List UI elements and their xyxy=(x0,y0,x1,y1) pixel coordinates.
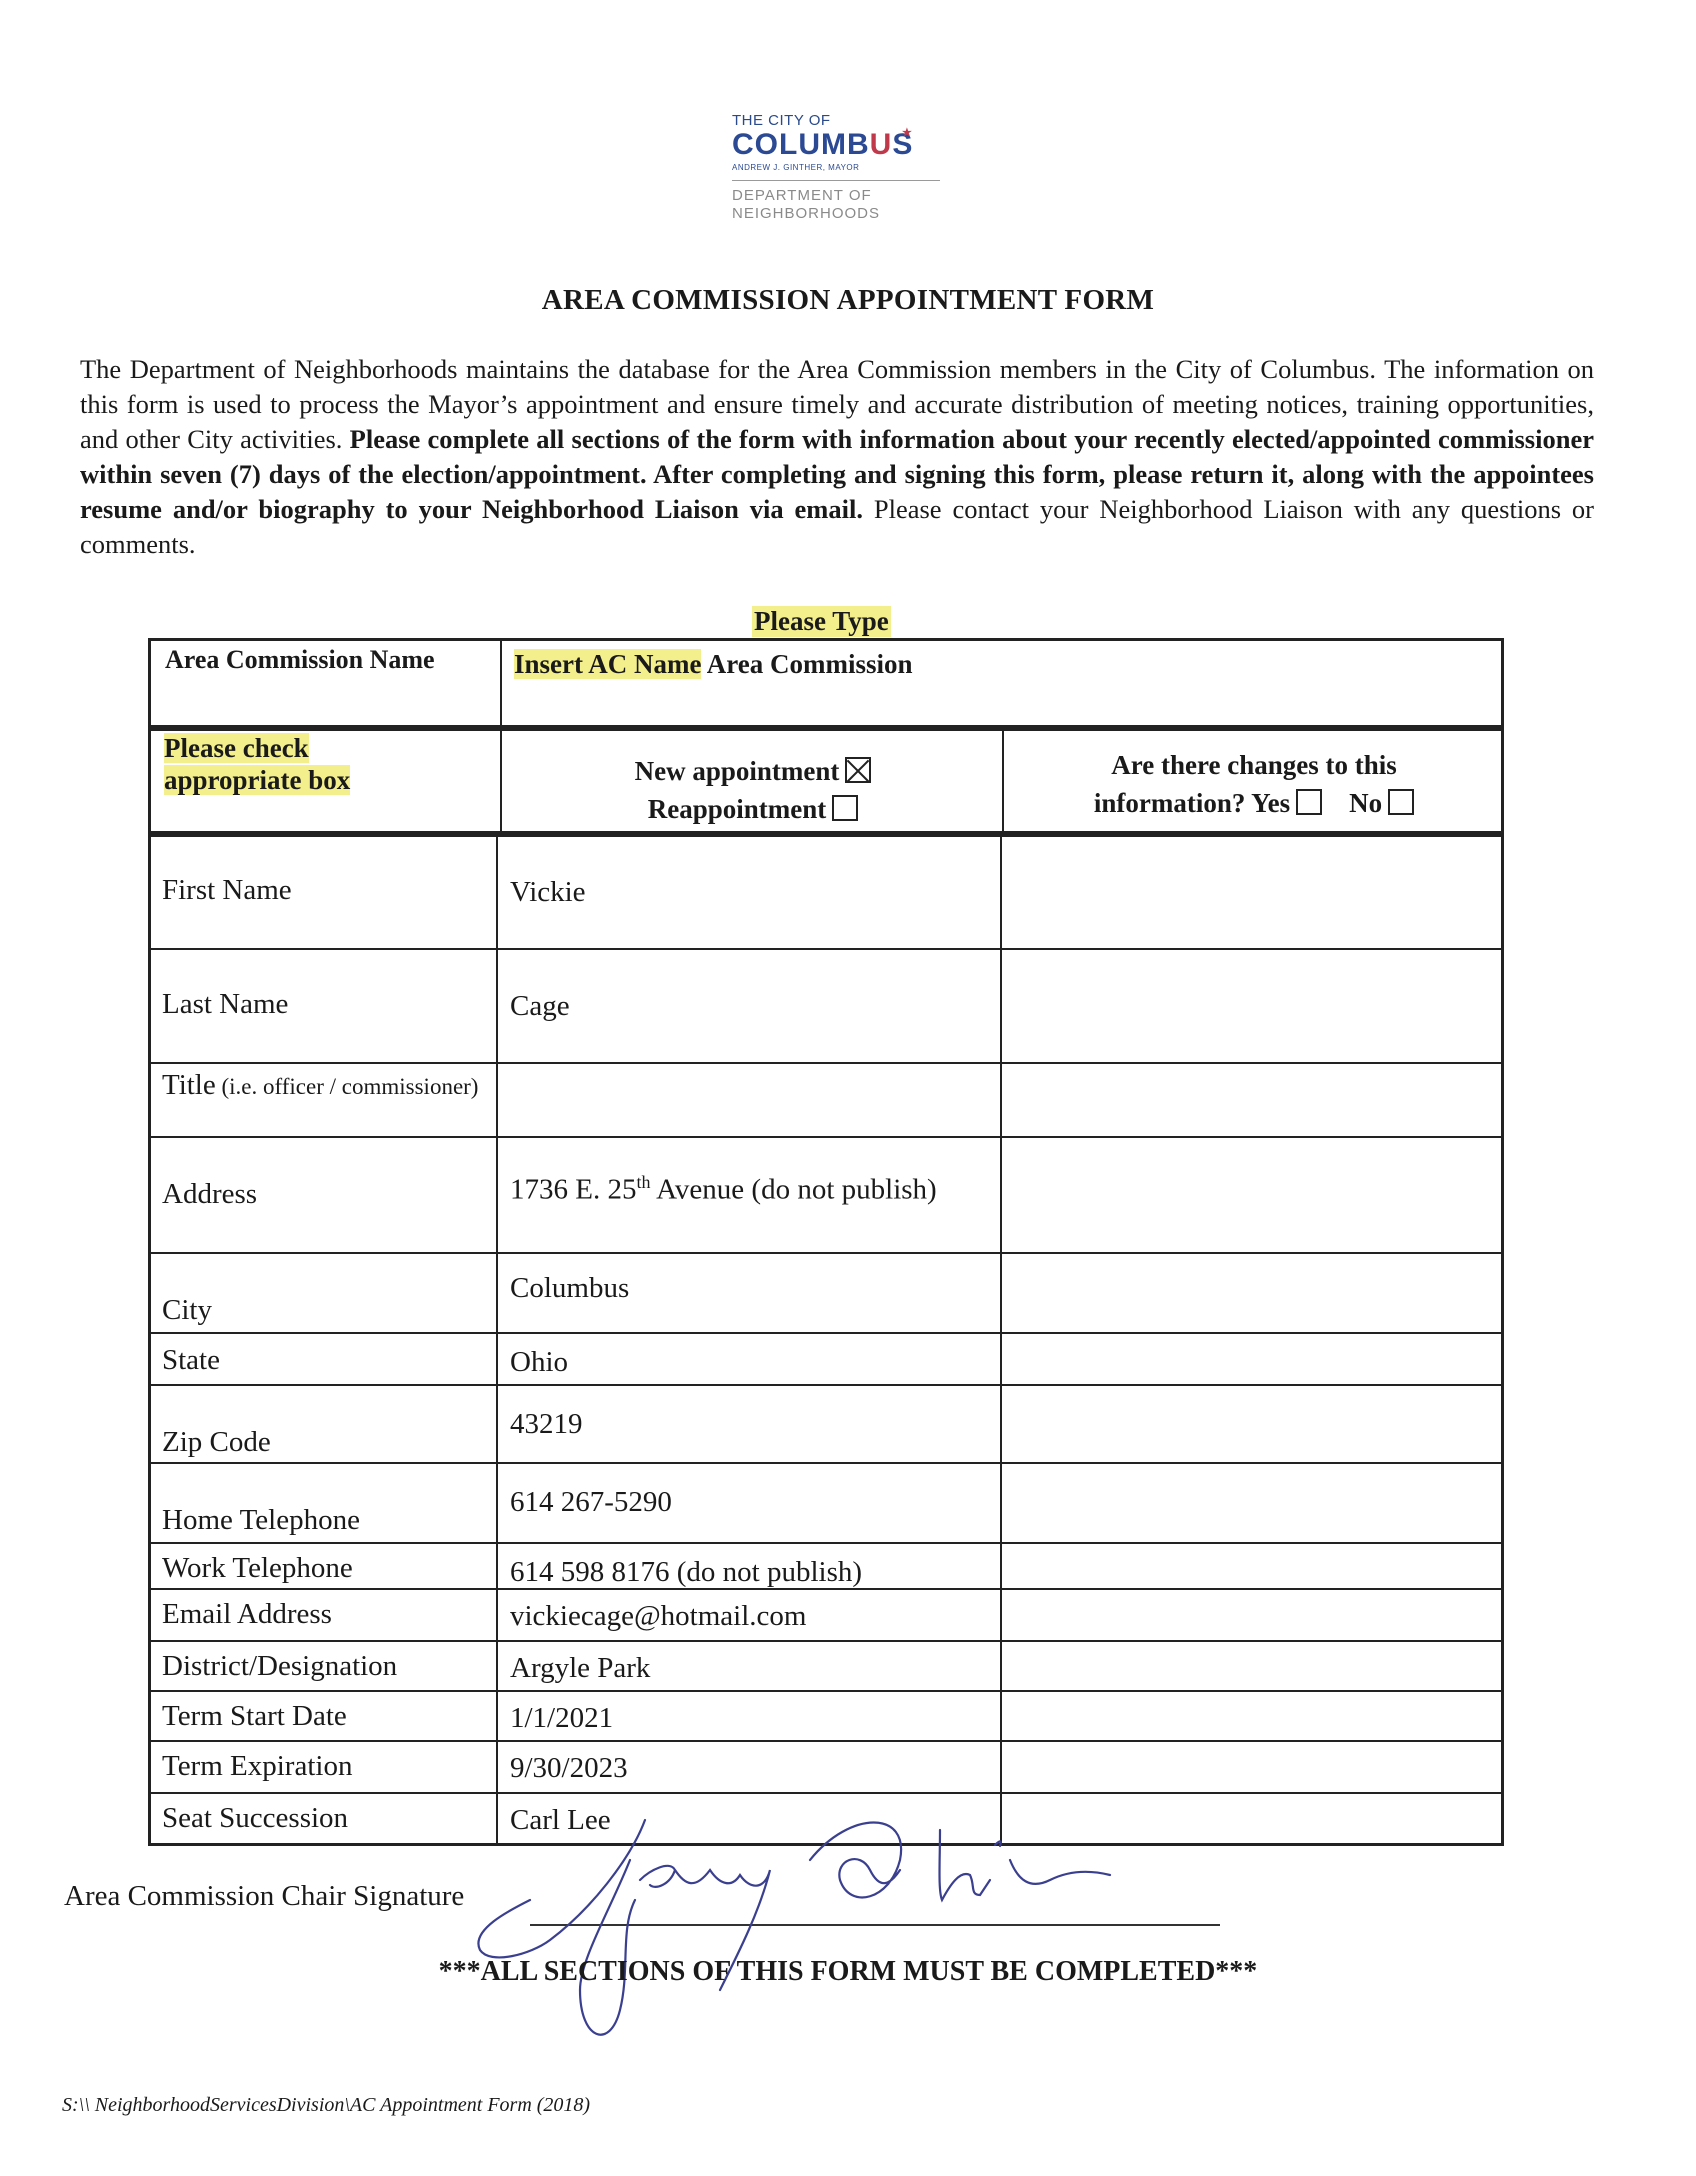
field-label-state: State xyxy=(162,1344,220,1376)
field-label-work-telephone: Work Telephone xyxy=(162,1552,353,1584)
field-label-address: Address xyxy=(162,1178,257,1210)
logo-mayor: ANDREW J. GINTHER, MAYOR xyxy=(732,163,952,172)
field-label-term-expiration: Term Expiration xyxy=(162,1750,352,1782)
field-value-email-address[interactable]: vickiecage@hotmail.com xyxy=(510,1598,984,1634)
field-change-cell[interactable] xyxy=(1002,1254,1500,1330)
field-label-title: Title (i.e. officer / commissioner) xyxy=(162,1070,482,1102)
changes-question: Are there changes to this information? Y… xyxy=(1006,746,1502,822)
field-change-cell[interactable] xyxy=(1002,1464,1500,1540)
logo-city-of: THE CITY OF xyxy=(732,112,952,129)
field-value-zip-code[interactable]: 43219 xyxy=(510,1406,984,1442)
field-change-cell[interactable] xyxy=(1002,1742,1500,1790)
field-label-term-start-date: Term Start Date xyxy=(162,1700,347,1732)
field-value-district-designation[interactable]: Argyle Park xyxy=(510,1650,984,1686)
field-value-home-telephone[interactable]: 614 267-5290 xyxy=(510,1484,984,1520)
field-value-first-name[interactable]: Vickie xyxy=(510,874,984,910)
field-value-term-start-date[interactable]: 1/1/2021 xyxy=(510,1700,984,1736)
form-title: AREA COMMISSION APPOINTMENT FORM xyxy=(0,284,1696,317)
changes-no-checkbox[interactable] xyxy=(1388,789,1414,815)
document-file-path: S:\\ NeighborhoodServicesDivision\AC App… xyxy=(62,2094,590,2117)
logo-dept-line1: DEPARTMENT OF xyxy=(732,187,952,205)
field-label-city: City xyxy=(162,1294,212,1326)
field-label-email-address: Email Address xyxy=(162,1598,332,1630)
area-commission-label: Area Commission Name xyxy=(165,644,435,676)
new-appointment-checkbox[interactable] xyxy=(845,757,871,783)
star-icon: ★ xyxy=(902,117,913,149)
changes-yes-checkbox[interactable] xyxy=(1296,789,1322,815)
field-change-cell[interactable] xyxy=(1002,1064,1500,1134)
field-label-home-telephone: Home Telephone xyxy=(162,1504,360,1536)
completion-notice: ***ALL SECTIONS OF THIS FORM MUST BE COM… xyxy=(0,1956,1696,1988)
field-change-cell[interactable] xyxy=(1002,1642,1500,1688)
field-label-first-name: First Name xyxy=(162,874,292,906)
field-label-last-name: Last Name xyxy=(162,988,288,1020)
field-value-address[interactable]: 1736 E. 25th Avenue (do not publish) xyxy=(510,1164,984,1208)
field-label-district-designation: District/Designation xyxy=(162,1650,397,1682)
field-value-last-name[interactable]: Cage xyxy=(510,988,984,1024)
intro-paragraph: The Department of Neighborhoods maintain… xyxy=(80,352,1594,562)
handwritten-signature xyxy=(470,1790,1150,2070)
field-value-work-telephone[interactable]: 614 598 8176 (do not publish) xyxy=(510,1554,984,1590)
field-label-zip-code: Zip Code xyxy=(162,1426,271,1458)
field-value-city[interactable]: Columbus xyxy=(510,1270,984,1306)
field-change-cell[interactable] xyxy=(1002,1590,1500,1638)
reappointment-checkbox[interactable] xyxy=(832,795,858,821)
field-change-cell[interactable] xyxy=(1002,1544,1500,1586)
area-commission-value[interactable]: Insert AC Name Area Commission xyxy=(514,648,913,680)
field-change-cell[interactable] xyxy=(1002,836,1500,946)
check-box-instruction: Please check appropriate box xyxy=(164,732,350,796)
field-change-cell[interactable] xyxy=(1002,1334,1500,1382)
logo-divider xyxy=(732,180,940,181)
field-change-cell[interactable] xyxy=(1002,1692,1500,1738)
city-of-columbus-logo: THE CITY OF COLUMBUS ★ ANDREW J. GINTHER… xyxy=(732,112,952,223)
signature-label: Area Commission Chair Signature xyxy=(64,1880,464,1913)
please-type-note: Please Type xyxy=(752,606,891,637)
field-change-cell[interactable] xyxy=(1002,1138,1500,1250)
logo-dept-line2: NEIGHBORHOODS xyxy=(732,205,952,223)
field-value-state[interactable]: Ohio xyxy=(510,1344,984,1380)
field-change-cell[interactable] xyxy=(1002,1386,1500,1460)
field-change-cell[interactable] xyxy=(1002,950,1500,1060)
field-value-term-expiration[interactable]: 9/30/2023 xyxy=(510,1750,984,1786)
field-label-seat-succession: Seat Succession xyxy=(162,1802,348,1834)
appointment-options: New appointment Reappointment xyxy=(506,752,1000,828)
logo-columbus: COLUMBUS ★ xyxy=(732,129,952,161)
